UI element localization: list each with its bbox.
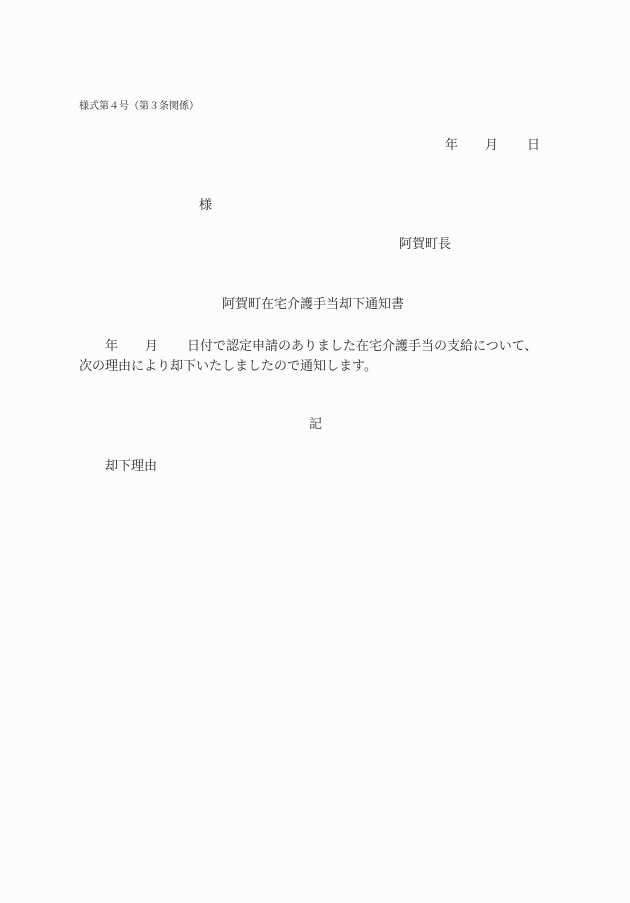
body-paragraph: 年月日付で認定申請のありました在宅介護手当の支給について、 次の理由により却下い… xyxy=(79,337,538,377)
document-title: 阿賀町在宅介護手当却下通知書 xyxy=(222,297,404,313)
body-line-2: 次の理由により却下いたしましたので通知します。 xyxy=(79,357,538,377)
recipient-suffix: 様 xyxy=(199,198,212,214)
sender-name: 阿賀町長 xyxy=(399,237,451,253)
rejection-reason-label: 却下理由 xyxy=(105,459,157,475)
day-label: 日 xyxy=(527,138,540,154)
record-mark: 記 xyxy=(309,417,322,433)
form-number: 様式第４号（第３条関係） xyxy=(79,100,199,114)
year-label: 年 xyxy=(445,138,458,154)
body-line-1-text: 日付で認定申請のありました在宅介護手当の支給について、 xyxy=(187,339,537,354)
body-year-label: 年 xyxy=(105,339,118,354)
body-month-label: 月 xyxy=(145,339,158,354)
month-label: 月 xyxy=(485,138,498,154)
body-line-1: 年月日付で認定申請のありました在宅介護手当の支給について、 xyxy=(79,337,538,357)
date-line: 年月日 xyxy=(445,138,540,154)
